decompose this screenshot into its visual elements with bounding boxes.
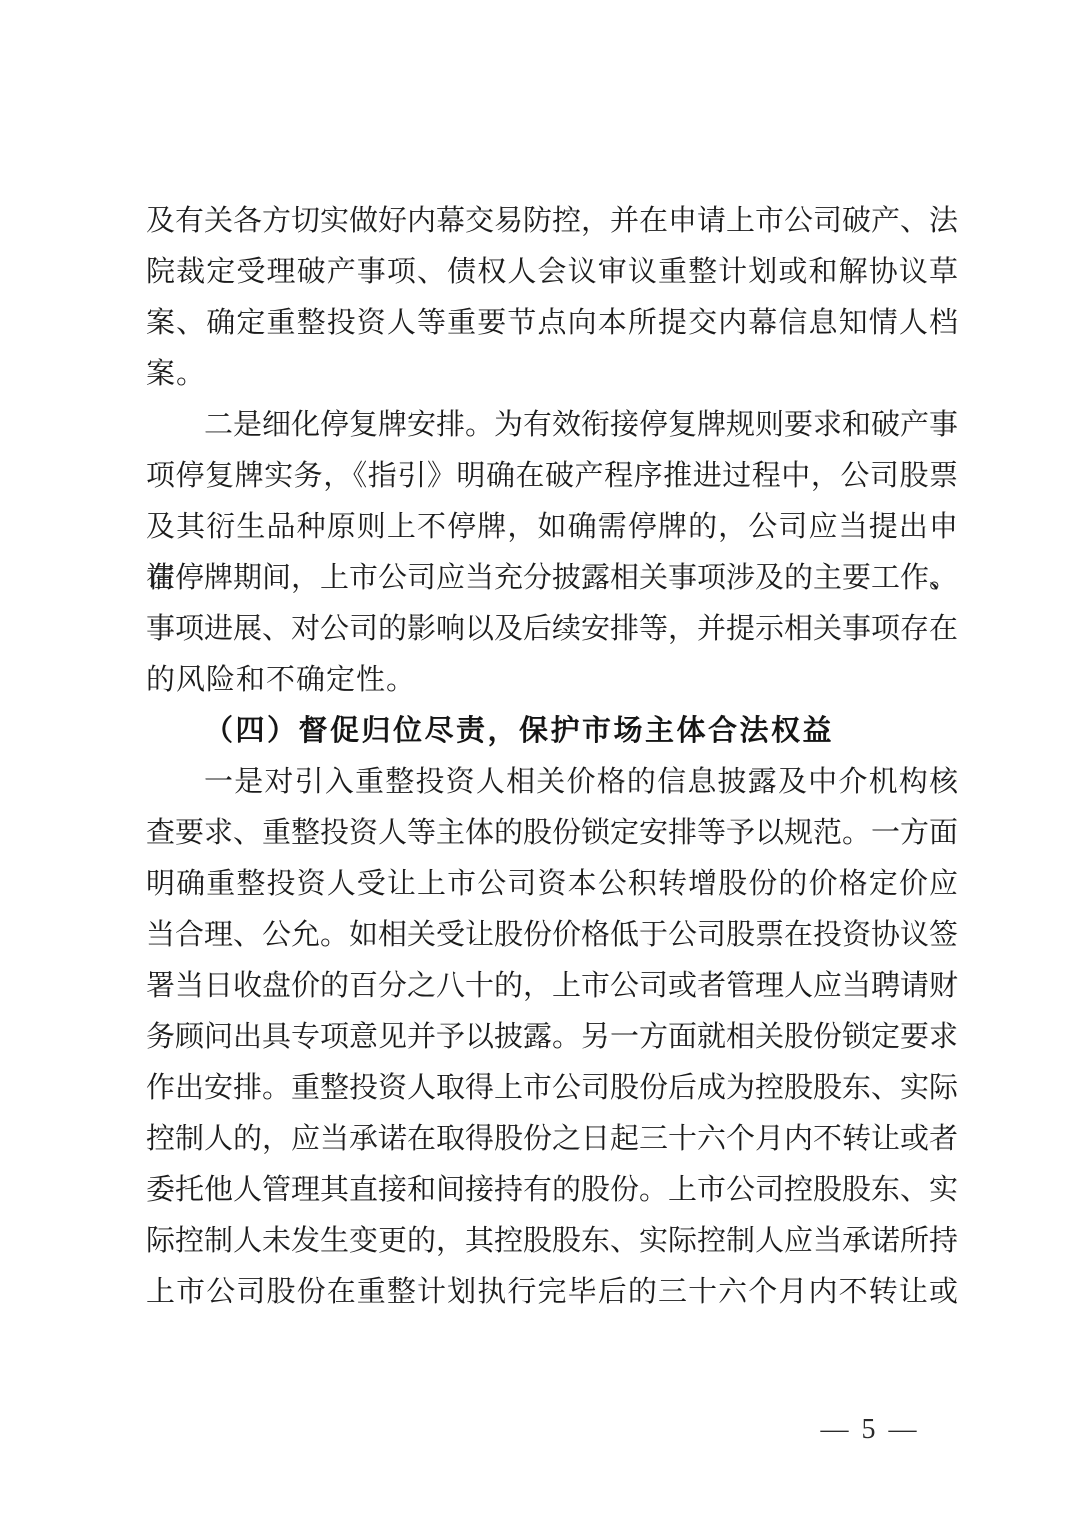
text-line: 明确重整投资人受让上市公司资本公积转增股份的价格定价应 — [146, 859, 958, 910]
text-line: 院裁定受理破产事项、债权人会议审议重整计划或和解协议草 — [146, 247, 958, 298]
text-line: 际控制人未发生变更的，其控股股东、实际控制人应当承诺所持 — [146, 1216, 958, 1267]
text-line: 一是对引入重整投资人相关价格的信息披露及中介机构核 — [146, 757, 958, 808]
text-line: 在停牌期间，上市公司应当充分披露相关事项涉及的主要工作、 — [146, 553, 958, 604]
text-line: 项停复牌实务，《指引》明确在破产程序推进过程中，公司股票 — [146, 451, 958, 502]
text-line: 及其衍生品种原则上不停牌，如确需停牌的，公司应当提出申请。 — [146, 502, 958, 553]
text-line: 事项进展、对公司的影响以及后续安排等，并提示相关事项存在 — [146, 604, 958, 655]
page-number: — 5 — — [790, 1410, 950, 1450]
document-page: 及有关各方切实做好内幕交易防控，并在申请上市公司破产、法 院裁定受理破产事项、债… — [0, 0, 1080, 1527]
text-line: 署当日收盘价的百分之八十的，上市公司或者管理人应当聘请财 — [146, 961, 958, 1012]
text-line: 委托他人管理其直接和间接持有的股份。上市公司控股股东、实 — [146, 1165, 958, 1216]
text-line: 上市公司股份在重整计划执行完毕后的三十六个月内不转让或 — [146, 1267, 958, 1318]
text-line: 及有关各方切实做好内幕交易防控，并在申请上市公司破产、法 — [146, 196, 958, 247]
text-line: 的风险和不确定性。 — [146, 655, 958, 706]
text-line: 控制人的，应当承诺在取得股份之日起三十六个月内不转让或者 — [146, 1114, 958, 1165]
text-line: 务顾问出具专项意见并予以披露。另一方面就相关股份锁定要求 — [146, 1012, 958, 1063]
text-line: 作出安排。重整投资人取得上市公司股份后成为控股股东、实际 — [146, 1063, 958, 1114]
text-line: 二是细化停复牌安排。为有效衔接停复牌规则要求和破产事 — [146, 400, 958, 451]
text-line: 案、确定重整投资人等重要节点向本所提交内幕信息知情人档 — [146, 298, 958, 349]
section-heading: （四）督促归位尽责，保护市场主体合法权益 — [146, 706, 958, 757]
document-body: 及有关各方切实做好内幕交易防控，并在申请上市公司破产、法 院裁定受理破产事项、债… — [146, 196, 958, 1318]
text-line: 当合理、公允。如相关受让股份价格低于公司股票在投资协议签 — [146, 910, 958, 961]
text-line: 查要求、重整投资人等主体的股份锁定安排等予以规范。一方面 — [146, 808, 958, 859]
text-line: 案。 — [146, 349, 958, 400]
